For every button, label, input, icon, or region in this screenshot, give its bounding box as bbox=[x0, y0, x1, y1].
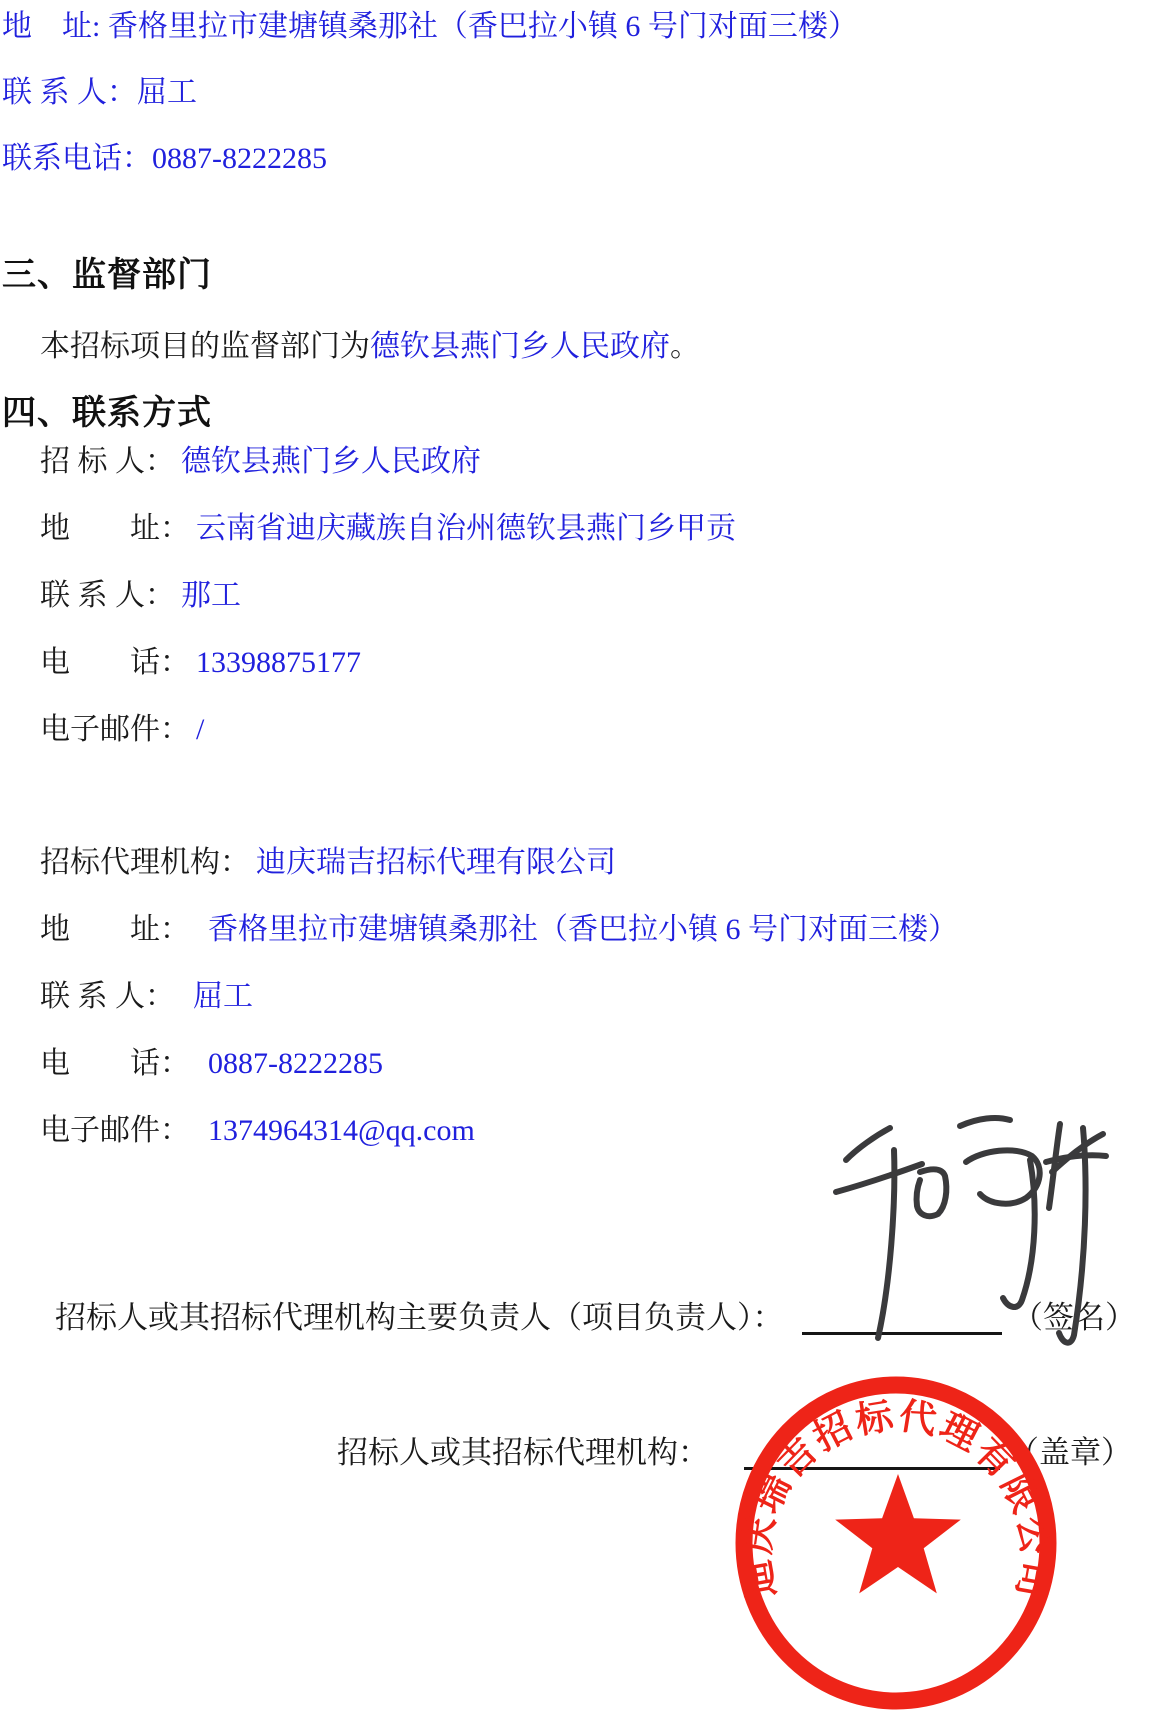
top-address-value: 香格里拉市建塘镇桑那社（香巴拉小镇 6 号门对面三楼） bbox=[108, 10, 858, 43]
document-page: 地 址: 香格里拉市建塘镇桑那社（香巴拉小镇 6 号门对面三楼） 联 系 人：屈… bbox=[0, 0, 1168, 1736]
agency-row: 地 址：香格里拉市建塘镇桑那社（香巴拉小镇 6 号门对面三楼） bbox=[40, 913, 958, 947]
section3-body-suffix: 。 bbox=[670, 330, 700, 363]
signature-stroke bbox=[917, 1169, 947, 1216]
signature-stroke bbox=[960, 1118, 1010, 1126]
signature-stroke bbox=[1049, 1124, 1060, 1208]
top-person-line: 联 系 人：屈工 bbox=[2, 76, 197, 110]
principal-sign-suffix: （签名） bbox=[1012, 1300, 1136, 1335]
stamp-company-char: 司 bbox=[1008, 1557, 1056, 1601]
stamp-company-arc-text: 迪庆瑞吉招标代理有限公司 bbox=[736, 1395, 1056, 1601]
stamp-star-icon bbox=[835, 1474, 961, 1593]
tenderer-row: 地 址：云南省迪庆藏族自治州德钦县燕门乡甲贡 bbox=[40, 512, 736, 546]
signature-stroke bbox=[1003, 1160, 1035, 1307]
agency-seal-line bbox=[744, 1435, 1000, 1470]
top-address-line: 地 址: 香格里拉市建塘镇桑那社（香巴拉小镇 6 号门对面三楼） bbox=[2, 10, 858, 44]
agency-value: 0887-8222285 bbox=[208, 1047, 383, 1080]
company-seal-stamp: 迪庆瑞吉招标代理有限公司 迪庆瑞吉招标代理有限公司 bbox=[736, 1385, 1056, 1701]
tenderer-label: 招 标 人： bbox=[40, 445, 175, 478]
agency-label: 招标代理机构： bbox=[40, 846, 250, 879]
tenderer-value: 德钦县燕门乡人民政府 bbox=[181, 445, 481, 478]
tenderer-value: / bbox=[196, 713, 204, 746]
stamp-company-char: 限 bbox=[993, 1468, 1047, 1520]
agency-label: 地 址： bbox=[40, 913, 190, 946]
signature-stroke bbox=[1046, 1155, 1106, 1162]
stamp-company-char: 迪 bbox=[736, 1557, 784, 1601]
section3-heading: 三、监督部门 bbox=[2, 256, 212, 294]
tenderer-row: 电 话：13398875177 bbox=[40, 646, 361, 680]
agency-row: 电 话：0887-8222285 bbox=[40, 1047, 383, 1081]
section3-body-value: 德钦县燕门乡人民政府 bbox=[370, 330, 670, 363]
stamp-company-char: 瑞 bbox=[745, 1468, 799, 1520]
tenderer-label: 电 话： bbox=[40, 646, 190, 679]
signature-stroke bbox=[966, 1150, 1040, 1203]
stamp-ring bbox=[744, 1385, 1048, 1701]
principal-signature-line bbox=[802, 1300, 1002, 1335]
agency-value: 1374964314@qq.com bbox=[208, 1114, 475, 1147]
principal-sign-label: 招标人或其招标代理机构主要负责人（项目负责人）： bbox=[55, 1300, 784, 1335]
tenderer-row: 电子邮件：/ bbox=[40, 713, 204, 747]
agency-row: 电子邮件：1374964314@qq.com bbox=[40, 1114, 475, 1148]
stamp-company-char: 庆 bbox=[736, 1514, 783, 1557]
top-address-label: 地 址: bbox=[2, 10, 108, 43]
top-phone-label: 联系电话： bbox=[2, 142, 152, 175]
agency-value: 屈工 bbox=[193, 980, 253, 1013]
agency-row: 联 系 人：屈工 bbox=[40, 980, 253, 1014]
agency-value: 迪庆瑞吉招标代理有限公司 bbox=[256, 846, 616, 879]
tenderer-row: 联 系 人：那工 bbox=[40, 579, 241, 613]
agency-seal-suffix: （盖章） bbox=[1008, 1435, 1132, 1470]
signature-stroke bbox=[1052, 1134, 1103, 1172]
section4-heading: 四、联系方式 bbox=[2, 394, 212, 432]
tenderer-value: 云南省迪庆藏族自治州德钦县燕门乡甲贡 bbox=[196, 512, 736, 545]
section3-body: 本招标项目的监督部门为德钦县燕门乡人民政府。 bbox=[40, 330, 700, 364]
agency-value: 香格里拉市建塘镇桑那社（香巴拉小镇 6 号门对面三楼） bbox=[208, 913, 958, 946]
agency-seal-label: 招标人或其招标代理机构： bbox=[337, 1435, 709, 1470]
signature-stroke bbox=[846, 1128, 890, 1160]
section3-body-prefix: 本招标项目的监督部门为 bbox=[40, 330, 370, 363]
top-phone-line: 联系电话：0887-8222285 bbox=[2, 142, 327, 176]
tenderer-row: 招 标 人：德钦县燕门乡人民政府 bbox=[40, 445, 481, 479]
top-person-label: 联 系 人： bbox=[2, 76, 137, 109]
agency-label: 联 系 人： bbox=[40, 980, 175, 1013]
tenderer-label: 联 系 人： bbox=[40, 579, 175, 612]
agency-label: 电子邮件： bbox=[40, 1114, 190, 1147]
agency-row: 招标代理机构：迪庆瑞吉招标代理有限公司 bbox=[40, 846, 616, 880]
tenderer-label: 电子邮件： bbox=[40, 713, 190, 746]
stamp-company-char: 公 bbox=[1009, 1514, 1055, 1556]
tenderer-label: 地 址： bbox=[40, 512, 190, 545]
tenderer-value: 那工 bbox=[181, 579, 241, 612]
top-phone-value: 0887-8222285 bbox=[152, 142, 327, 175]
agency-label: 电 话： bbox=[40, 1047, 190, 1080]
top-person-value: 屈工 bbox=[137, 76, 197, 109]
signature-stroke bbox=[836, 1164, 922, 1192]
tenderer-value: 13398875177 bbox=[196, 646, 361, 679]
